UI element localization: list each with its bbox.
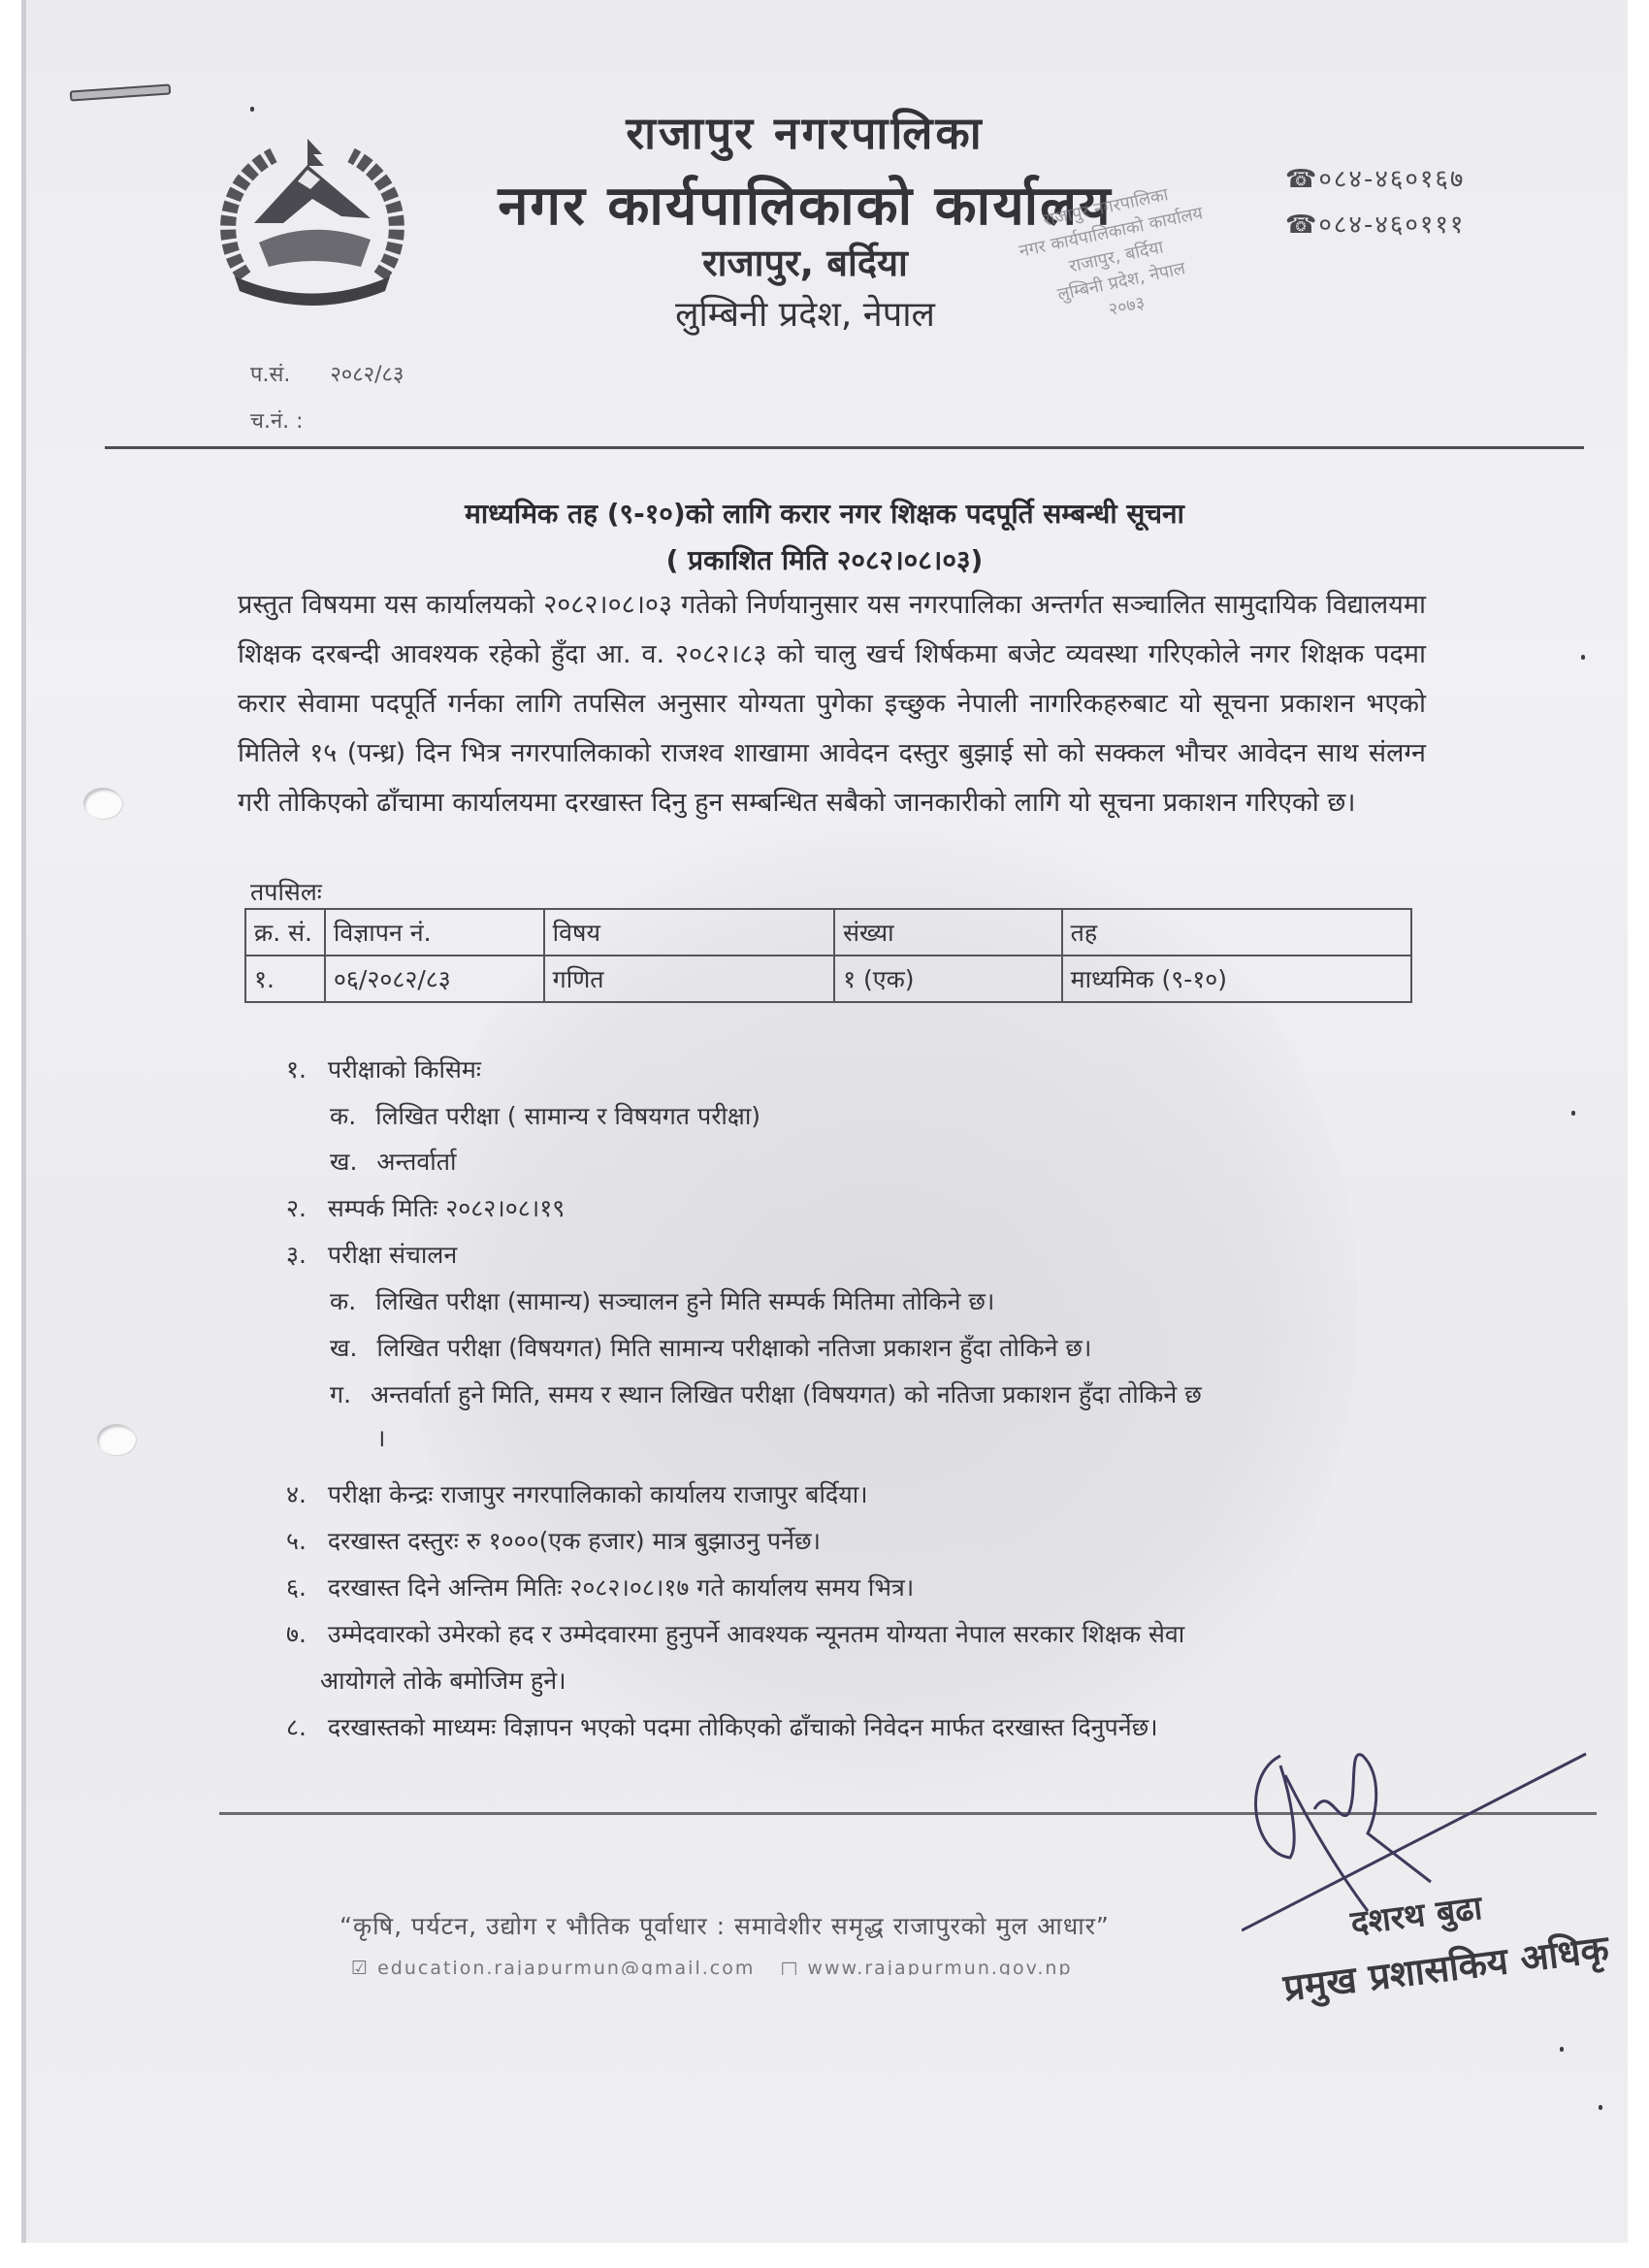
letter-number-label: प.सं.	[250, 363, 290, 387]
phone-number-1: ☎०८४-४६०१६७	[1285, 160, 1465, 195]
header-count: संख्या	[834, 909, 1062, 956]
condition-3-sub-a: क. लिखित परीक्षा (सामान्य) सञ्चालन हुने …	[330, 1287, 994, 1316]
header-ad-number: विज्ञापन नं.	[325, 909, 544, 956]
footer-contact: ☑ education.rajapurmun@gmail.com □ www.r…	[351, 1958, 1073, 1975]
condition-item-3: ३. परीक्षा संचालन	[286, 1241, 457, 1270]
details-label: तपसिलः	[250, 875, 322, 908]
phone-number-2: ☎०८४-४६०१११	[1285, 206, 1465, 241]
condition-1-sub-b: ख. अन्तर्वार्ता	[330, 1148, 457, 1177]
hole-punch-top	[83, 788, 122, 819]
condition-3-sub-b: ख. लिखित परीक्षा (विषयगत) मिति सामान्य प…	[330, 1334, 1091, 1363]
table-header-row: क्र. सं. विज्ञापन नं. विषय संख्या तह	[245, 909, 1411, 956]
sub-text: अन्तर्वार्ता हुने मिति, समय र स्थान लिखि…	[371, 1380, 1202, 1409]
email-icon: ☑	[351, 1958, 370, 1975]
condition-item-7-continued: आयोगले तोके बमोजिम हुने।	[320, 1667, 566, 1696]
hole-punch-bottom	[97, 1424, 136, 1455]
sub-number: ख.	[330, 1148, 357, 1176]
condition-number: ५.	[286, 1527, 307, 1555]
sub-number: क.	[330, 1102, 356, 1130]
condition-item-7: ७. उम्मेदवारको उमेरको हद र उम्मेदवारमा ह…	[286, 1620, 1184, 1649]
condition-number: १.	[286, 1055, 307, 1084]
notice-published-date: ( प्रकाशित मिति २०८२।०८।०३)	[213, 541, 1436, 578]
condition-3-sub-c: ग. अन्तर्वार्ता हुने मिति, समय र स्थान ल…	[330, 1380, 1202, 1409]
sub-text: लिखित परीक्षा (सामान्य) सञ्चालन हुने मित…	[375, 1287, 994, 1315]
sub-number: ग.	[330, 1380, 351, 1409]
condition-item-1: १. परीक्षाको किसिमः	[286, 1055, 481, 1085]
footer-email[interactable]: education.rajapurmun@gmail.com	[377, 1958, 755, 1975]
sub-text: लिखित परीक्षा ( सामान्य र विषयगत परीक्षा…	[375, 1102, 760, 1130]
municipality-name: राजापुर नगरपालिका	[320, 102, 1290, 162]
dispatch-number-label: च.नं. :	[250, 409, 304, 434]
header-level: तह	[1062, 909, 1411, 956]
table-row: १. ०६/२०८२/८३ गणित १ (एक) माध्यमिक (९-१०…	[245, 956, 1411, 1002]
condition-text: परीक्षाको किसिमः	[328, 1055, 481, 1084]
scan-speck	[1560, 2047, 1564, 2052]
condition-text: दरखास्तको माध्यमः विज्ञापन भएको पदमा तोक…	[328, 1713, 1158, 1741]
globe-icon: □	[780, 1958, 799, 1975]
sub-number: ख.	[330, 1334, 357, 1362]
sub-number: क.	[330, 1287, 356, 1315]
condition-3-sub-c-continued: ।	[376, 1424, 385, 1453]
condition-number: २.	[286, 1194, 307, 1222]
condition-text: उम्मेदवारको उमेरको हद र उम्मेदवारमा हुनु…	[328, 1620, 1184, 1648]
scan-speck	[1571, 1111, 1575, 1116]
condition-text: परीक्षा संचालन	[328, 1241, 457, 1269]
condition-item-6: ६. दरखास्त दिने अन्तिम मितिः २०८२।०८।१७ …	[286, 1573, 914, 1603]
letter-number: प.सं. २०८२/८३	[250, 359, 404, 388]
condition-item-8: ८. दरखास्तको माध्यमः विज्ञापन भएको पदमा …	[286, 1713, 1158, 1742]
condition-text: दरखास्त दिने अन्तिम मितिः २०८२।०८।१७ गते…	[328, 1573, 914, 1602]
header-divider	[105, 446, 1584, 449]
scan-speck	[250, 107, 254, 112]
scan-speck	[1599, 2105, 1602, 2110]
cell-serial: १.	[245, 956, 325, 1002]
sub-text: लिखित परीक्षा (विषयगत) मिति सामान्य परीक…	[376, 1334, 1091, 1362]
condition-item-4: ४. परीक्षा केन्द्रः राजापुर नगरपालिकाको …	[286, 1480, 868, 1509]
cell-subject: गणित	[544, 956, 834, 1002]
scan-speck	[1581, 655, 1585, 660]
notice-title: माध्यमिक तह (९-१०)को लागि करार नगर शिक्ष…	[213, 495, 1436, 532]
condition-number: ४.	[286, 1480, 307, 1508]
condition-number: ८.	[286, 1713, 307, 1741]
footer-website[interactable]: www.rajapurmun.gov.np	[807, 1958, 1072, 1975]
header-serial: क्र. सं.	[245, 909, 325, 956]
condition-number: ७.	[286, 1620, 307, 1648]
cell-count: १ (एक)	[834, 956, 1062, 1002]
condition-text: सम्पर्क मितिः २०८२।०८।१९	[328, 1194, 565, 1222]
letter-number-value: २०८२/८३	[330, 363, 404, 387]
condition-number: ६.	[286, 1573, 307, 1602]
sub-text: अन्तर्वार्ता	[376, 1148, 456, 1176]
condition-number: ३.	[286, 1241, 307, 1269]
scan-edge	[21, 0, 26, 2243]
condition-text: परीक्षा केन्द्रः राजापुर नगरपालिकाको कार…	[328, 1480, 868, 1508]
dispatch-number: च.नं. :	[250, 405, 304, 435]
notice-body: प्रस्तुत विषयमा यस कार्यालयको २०८२।०८।०३…	[238, 580, 1426, 827]
vacancy-table: क्र. सं. विज्ञापन नं. विषय संख्या तह १. …	[244, 908, 1412, 1003]
header-subject: विषय	[544, 909, 834, 956]
cell-ad-number: ०६/२०८२/८३	[325, 956, 544, 1002]
condition-item-5: ५. दरखास्त दस्तुरः रु १०००(एक हजार) मात्…	[286, 1527, 821, 1556]
cell-level: माध्यमिक (९-१०)	[1062, 956, 1411, 1002]
condition-1-sub-a: क. लिखित परीक्षा ( सामान्य र विषयगत परीक…	[330, 1102, 760, 1131]
condition-item-2: २. सम्पर्क मितिः २०८२।०८।१९	[286, 1194, 565, 1223]
footer-slogan: “कृषि, पर्यटन, उद्योग र भौतिक पूर्वाधार …	[339, 1909, 1110, 1942]
condition-text: दरखास्त दस्तुरः रु १०००(एक हजार) मात्र ब…	[328, 1527, 821, 1555]
